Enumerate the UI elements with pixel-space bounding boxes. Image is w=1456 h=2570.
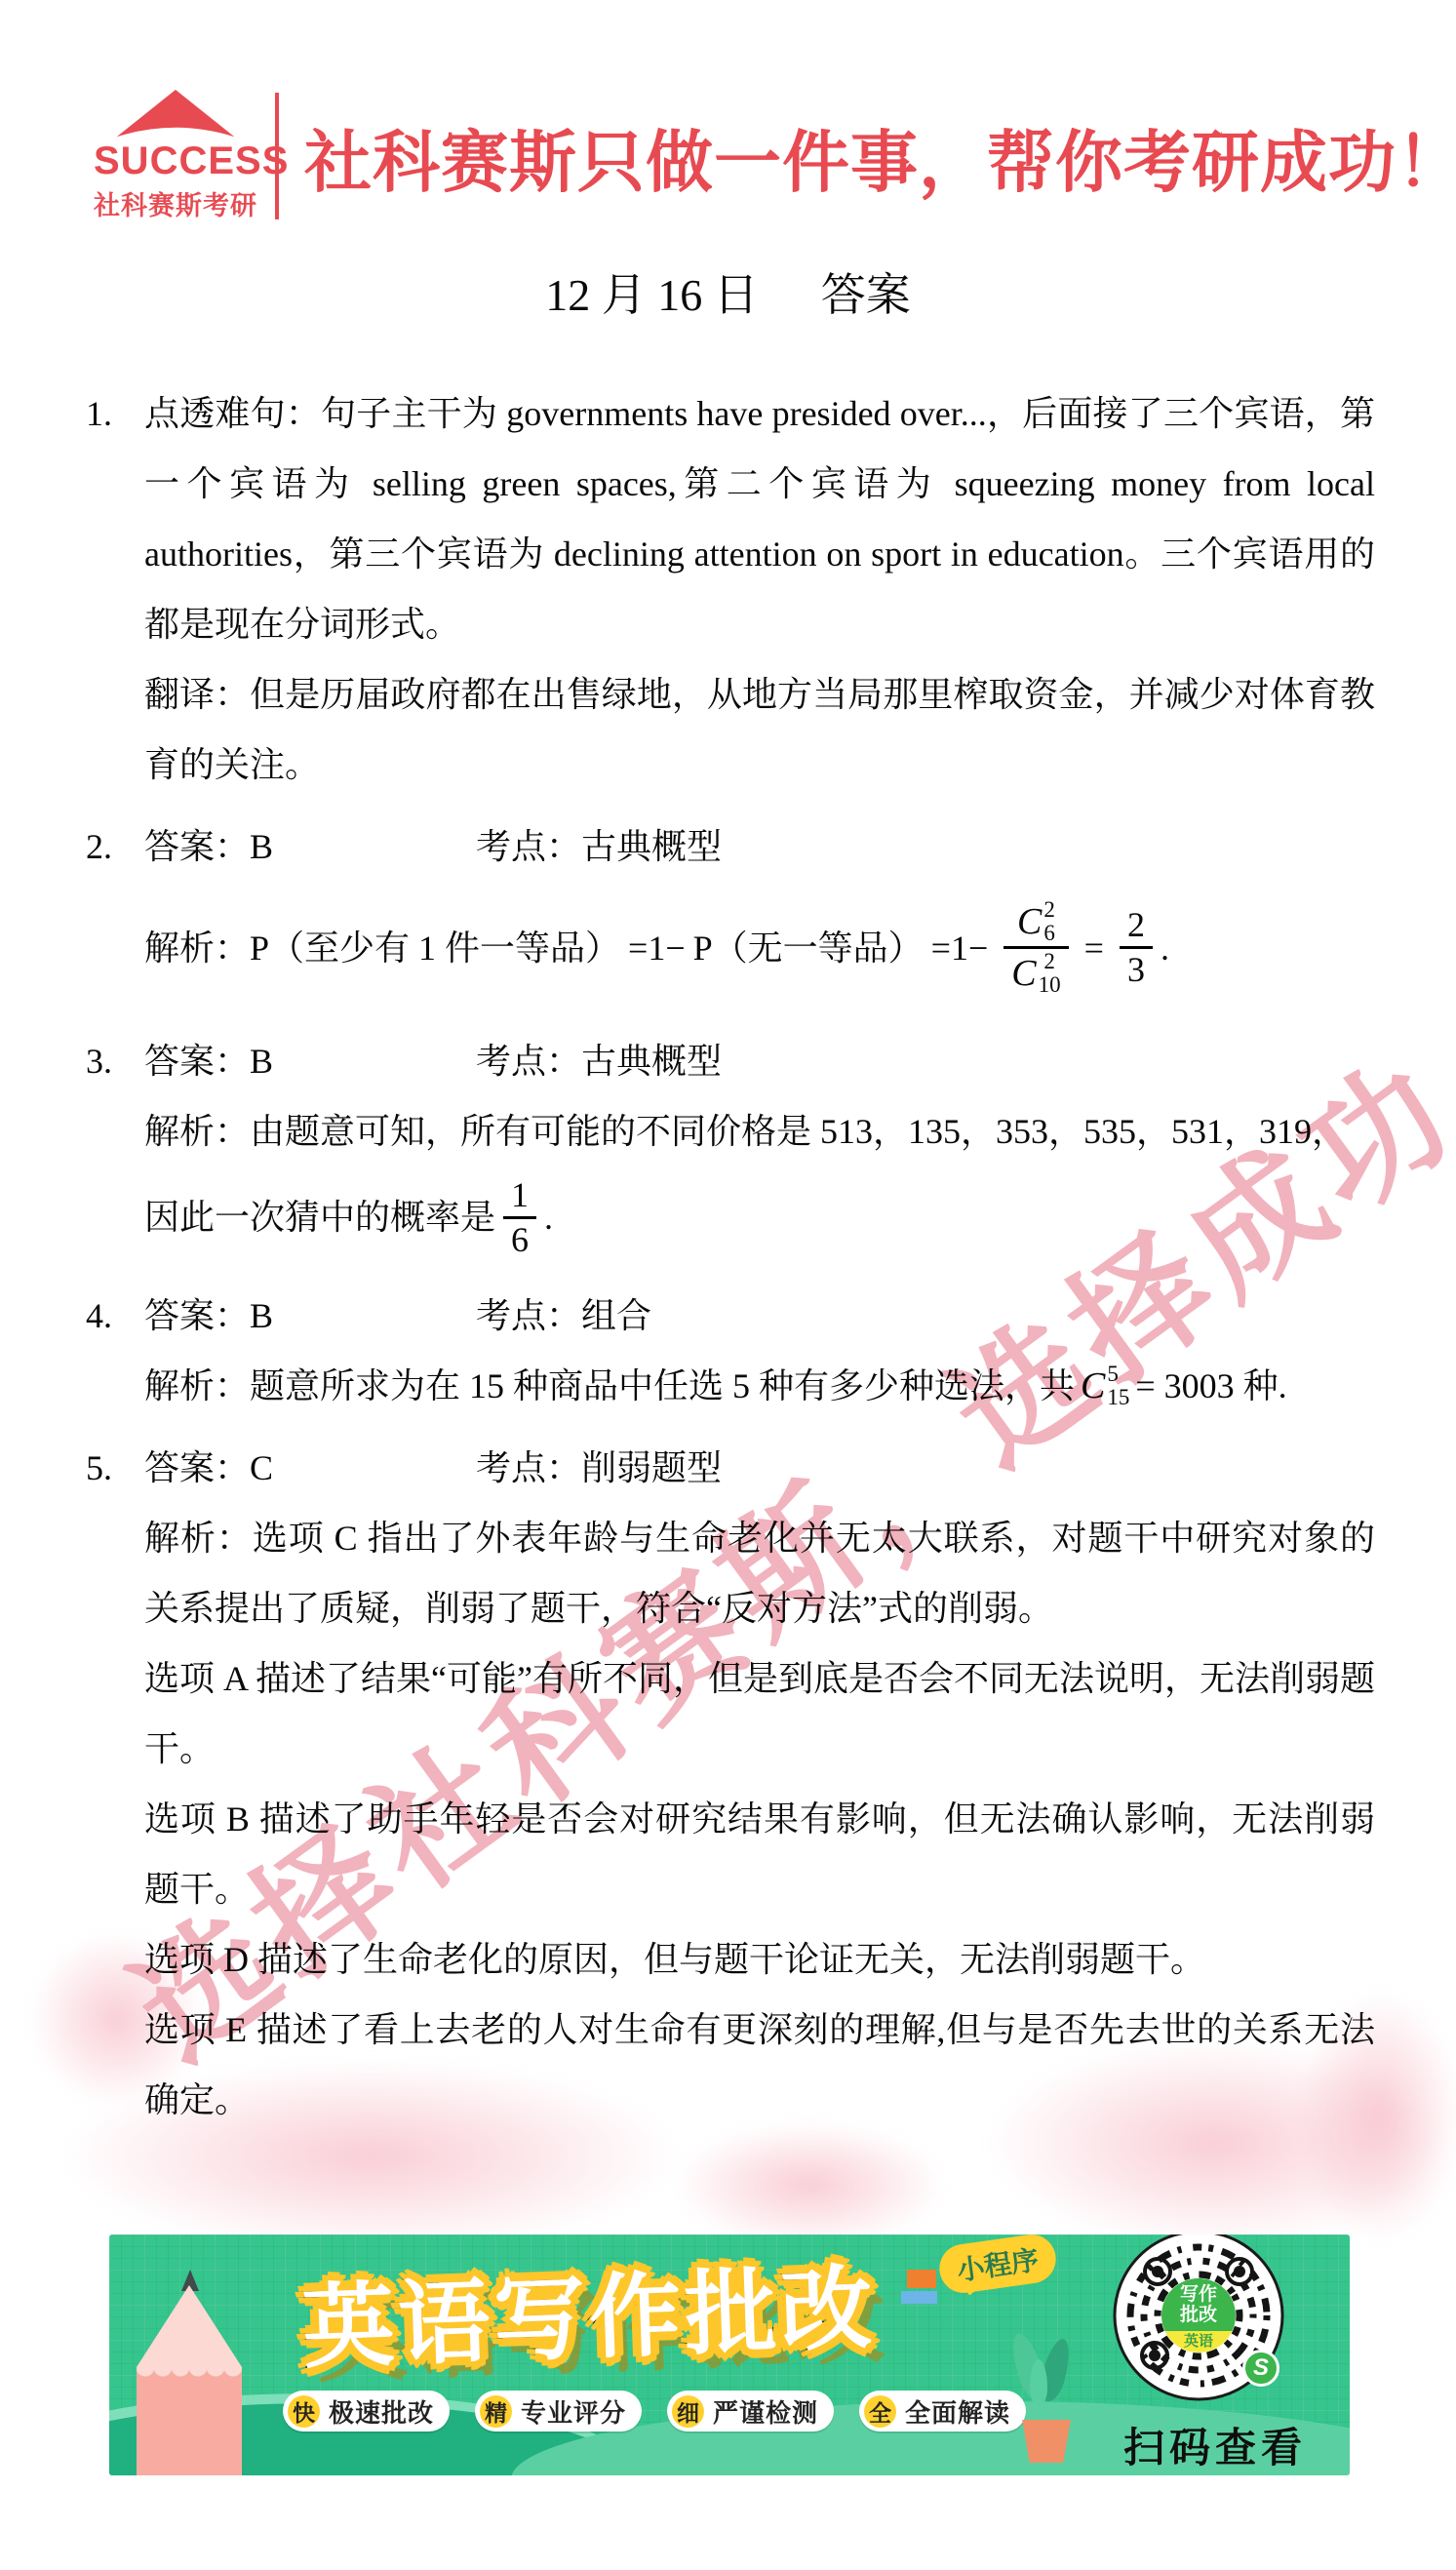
- fraction-numerator: 1: [503, 1174, 536, 1216]
- c-superscript: 5: [1107, 1363, 1129, 1386]
- question-5: 5. 答案：C 考点：削弱题型 解析：选项 C 指出了外表年龄与生命老化并无太大…: [86, 1433, 1375, 2135]
- pill-detailed: 细 严谨检测: [667, 2391, 834, 2432]
- c-scripts: 2 6: [1043, 898, 1055, 945]
- q5-option-c-analysis: 解析：选项 C 指出了外表年龄与生命老化并无太大联系，对题干中研究对象的关系提出…: [144, 1503, 1375, 1643]
- qr-center-logo: 写作 批改 英语: [1161, 2278, 1236, 2353]
- pill-fast: 快 极速批改: [283, 2391, 450, 2432]
- accent-rect-orange: [907, 2270, 936, 2288]
- formula-text: = 3003 种.: [1135, 1351, 1286, 1421]
- pill-tag: 精: [480, 2395, 512, 2428]
- pill-tag: 细: [672, 2395, 704, 2428]
- answer-value: 答案：B: [144, 811, 476, 882]
- mini-program-bubble: 小程序: [936, 2234, 1059, 2296]
- fraction-denominator: 3: [1120, 946, 1153, 991]
- combination-symbol: C 5 15: [1081, 1363, 1129, 1409]
- formula-text: .: [544, 1182, 553, 1252]
- page-title: 12 月 16 日答案: [0, 259, 1456, 324]
- banner-title: 英语写作批改: [300, 2234, 878, 2386]
- pencil-body: [137, 2367, 242, 2475]
- q4-analysis: 解析：题意所求为在 15 种商品中任选 5 种有多少种选法，共 C 5 15 =…: [144, 1351, 1375, 1421]
- qr-center-line1: 写作: [1180, 2284, 1217, 2305]
- pill-label: 全面解读: [905, 2393, 1010, 2430]
- q1-translation: 翻译：但是历届政府都在出售绿地，从地方当局那里榨取资金，并减少对体育教育的关注。: [144, 659, 1375, 800]
- question-number: 2.: [86, 811, 144, 1014]
- q5-option-b-analysis: 选项 B 描述了助手年轻是否会对研究结果有影响，但无法确认影响，无法削弱题干。: [144, 1784, 1375, 1924]
- answer-row: 答案：B 考点：古典概型: [144, 811, 1375, 882]
- exam-point: 考点：组合: [476, 1281, 651, 1351]
- question-number: 3.: [86, 1026, 144, 1270]
- document-page: 选择社科赛斯，选择成功 SUCCESS 社科赛斯考研 社科赛斯只做一件事，帮你考…: [0, 0, 1456, 2570]
- pencil-icon: [137, 2270, 242, 2475]
- question-number: 5.: [86, 1433, 144, 2135]
- probability-fraction: 1 6: [503, 1174, 536, 1262]
- q2-formula: 解析：P（至少有 1 件一等品） =1− P（无一等品） =1− C 2 6: [144, 882, 1375, 1014]
- question-number: 4.: [86, 1281, 144, 1421]
- question-3: 3. 答案：B 考点：古典概型 解析：由题意可知，所有可能的不同价格是 513，…: [86, 1026, 1375, 1270]
- combination-symbol: C 2 6: [1017, 898, 1055, 945]
- pencil-cone: [137, 2285, 242, 2367]
- plant-icon: [1008, 2332, 1090, 2465]
- q3-analysis: 解析：由题意可知，所有可能的不同价格是 513，135，353，535，531，…: [144, 1096, 1375, 1166]
- fraction-numerator: C 2 6: [1009, 897, 1063, 946]
- result-fraction: 2 3: [1120, 904, 1153, 992]
- mini-program-s-icon: S: [1242, 2350, 1279, 2387]
- scan-hint-label: 扫码查看: [1123, 2416, 1307, 2474]
- question-body: 答案：B 考点：古典概型 解析：P（至少有 1 件一等品） =1− P（无一等品…: [144, 811, 1375, 1014]
- promo-banner: 英语写作批改 小程序 快 极速批改 精 专业评分 细 严谨检测 全 全面解读: [109, 2234, 1350, 2475]
- c-subscript: 15: [1107, 1386, 1129, 1409]
- question-body: 答案：B 考点：古典概型 解析：由题意可知，所有可能的不同价格是 513，135…: [144, 1026, 1375, 1270]
- combination-symbol: C 2 10: [1011, 950, 1060, 997]
- plant-pot: [1020, 2420, 1073, 2463]
- answer-value: 答案：C: [144, 1433, 476, 1503]
- formula-operator: =1−: [931, 913, 989, 983]
- answer-row: 答案：C 考点：削弱题型: [144, 1433, 1375, 1503]
- q1-analysis: 点透难句：句子主干为 governments have presided ove…: [144, 378, 1375, 659]
- header: SUCCESS 社科赛斯考研 社科赛斯只做一件事，帮你考研成功！: [94, 90, 1456, 222]
- answer-row: 答案：B 考点：古典概型: [144, 1026, 1375, 1096]
- fraction-denominator: 6: [503, 1216, 536, 1261]
- header-slogan: 社科赛斯只做一件事，帮你考研成功！: [304, 108, 1456, 205]
- title-date: 12 月 16 日: [545, 270, 759, 320]
- fraction-numerator: 2: [1120, 904, 1153, 946]
- pill-label: 专业评分: [521, 2393, 626, 2430]
- success-logo: SUCCESS 社科赛斯考研: [94, 90, 257, 222]
- formula-text: .: [1161, 913, 1169, 983]
- pill-label: 极速批改: [329, 2393, 434, 2430]
- c-symbol: C: [1017, 903, 1042, 940]
- formula-text: 解析：P（至少有 1 件一等品）: [144, 913, 620, 983]
- c-superscript: 2: [1043, 898, 1055, 922]
- question-2: 2. 答案：B 考点：古典概型 解析：P（至少有 1 件一等品） =1− P（无…: [86, 811, 1375, 1014]
- formula-text: 因此一次猜中的概率是: [144, 1182, 495, 1252]
- roof-icon: [113, 90, 238, 138]
- accent-rect-blue: [901, 2291, 937, 2304]
- pill-comprehensive: 全 全面解读: [859, 2391, 1026, 2432]
- c-scripts: 5 15: [1107, 1363, 1129, 1409]
- q5-option-a-analysis: 选项 A 描述了结果“可能”有所不同，但是到底是否会不同无法说明，无法削弱题干。: [144, 1643, 1375, 1784]
- title-label: 答案: [821, 270, 911, 320]
- qr-code: 写作 批改 英语 S: [1112, 2234, 1285, 2402]
- question-number: 1.: [86, 378, 144, 800]
- answer-value: 答案：B: [144, 1026, 476, 1096]
- formula-operator: =: [1084, 913, 1104, 983]
- c-subscript: 10: [1039, 973, 1061, 997]
- pill-label: 严谨检测: [713, 2393, 818, 2430]
- question-body: 答案：C 考点：削弱题型 解析：选项 C 指出了外表年龄与生命老化并无太大联系，…: [144, 1433, 1375, 2135]
- c-subscript: 6: [1043, 922, 1055, 945]
- pill-tag: 快: [288, 2395, 320, 2428]
- question-1: 1. 点透难句：句子主干为 governments have presided …: [86, 378, 1375, 800]
- logo-brand-text: SUCCESS: [94, 140, 257, 181]
- combination-fraction: C 2 6 C 2: [1003, 897, 1068, 999]
- pill-tag: 全: [864, 2395, 896, 2428]
- q3-probability-line: 因此一次猜中的概率是 1 6 .: [144, 1166, 1375, 1270]
- q5-option-e-analysis: 选项 E 描述了看上去老的人对生命有更深刻的理解,但与是否先去世的关系无法确定。: [144, 1995, 1375, 2135]
- answers-list: 1. 点透难句：句子主干为 governments have presided …: [86, 378, 1375, 2147]
- question-body: 点透难句：句子主干为 governments have presided ove…: [144, 378, 1375, 800]
- exam-point: 考点：古典概型: [476, 1026, 722, 1096]
- answer-row: 答案：B 考点：组合: [144, 1281, 1375, 1351]
- qr-center-line2: 批改: [1180, 2305, 1217, 2325]
- c-symbol: C: [1081, 1367, 1105, 1404]
- fraction-denominator: C 2 10: [1003, 946, 1068, 998]
- exam-point: 考点：古典概型: [476, 811, 722, 882]
- feature-pills: 快 极速批改 精 专业评分 细 严谨检测 全 全面解读: [283, 2391, 1026, 2432]
- formula-text: P（无一等品）: [693, 913, 924, 983]
- header-divider: [275, 93, 279, 219]
- pill-precise: 精 专业评分: [475, 2391, 642, 2432]
- logo-subtitle: 社科赛斯考研: [94, 184, 257, 222]
- formula-operator: =1−: [628, 913, 686, 983]
- c-scripts: 2 10: [1039, 950, 1061, 997]
- exam-point: 考点：削弱题型: [476, 1433, 722, 1503]
- c-superscript: 2: [1039, 950, 1061, 973]
- formula-text: 解析：题意所求为在 15 种商品中任选 5 种有多少种选法，共: [144, 1351, 1075, 1421]
- c-symbol: C: [1011, 955, 1036, 992]
- answer-value: 答案：B: [144, 1281, 476, 1351]
- question-body: 答案：B 考点：组合 解析：题意所求为在 15 种商品中任选 5 种有多少种选法…: [144, 1281, 1375, 1421]
- question-4: 4. 答案：B 考点：组合 解析：题意所求为在 15 种商品中任选 5 种有多少…: [86, 1281, 1375, 1421]
- q5-option-d-analysis: 选项 D 描述了生命老化的原因，但与题干论证无关，无法削弱题干。: [144, 1924, 1375, 1995]
